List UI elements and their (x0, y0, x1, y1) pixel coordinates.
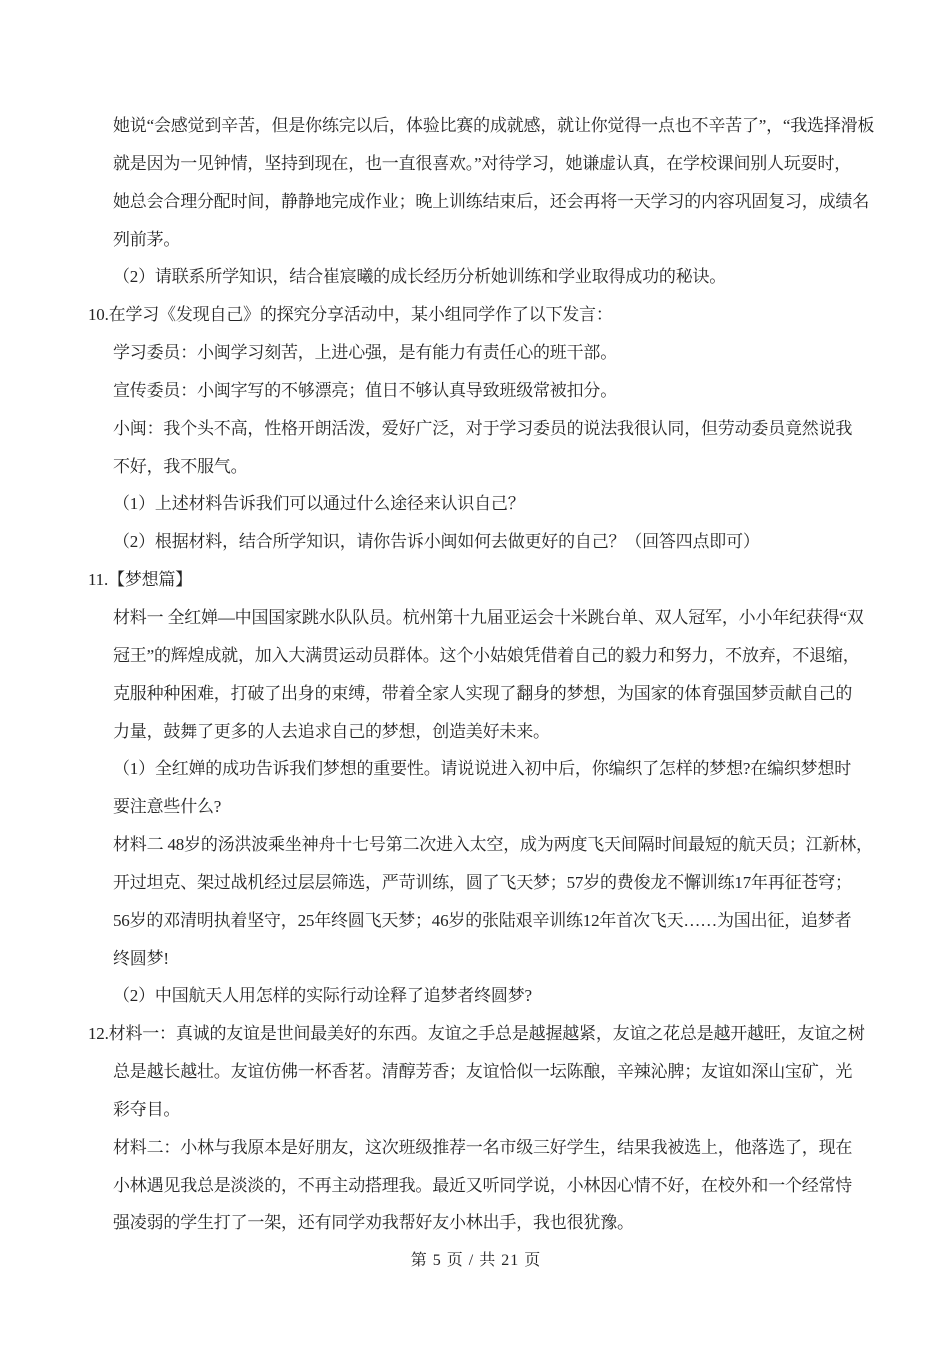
question-11-part-1: （1）全红婵的成功告诉我们梦想的重要性。请说说进入初中后，你编织了怎样的梦想?在… (88, 750, 878, 826)
text-line: 力量，鼓舞了更多的人去追求自己的梦想，创造美好未来。 (113, 713, 878, 751)
text-line: 不好，我不服气。 (113, 448, 878, 486)
text-line: 她说“会感觉到辛苦，但是你练完以后，体验比赛的成就感，就让你觉得一点也不辛苦了”… (113, 107, 878, 145)
question-line: （2）根据材料，结合所学知识，请你告诉小闽如何去做更好的自己？（回答四点即可） (113, 523, 878, 561)
question-11-heading: 11.【梦想篇】 (88, 561, 878, 599)
question-line: （2）请联系所学知识，结合崔宸曦的成长经历分析她训练和学业取得成功的秘诀。 (113, 258, 878, 296)
question-10-publicity-committee-remark: 宣传委员：小闽字写的不够漂亮；值日不够认真导致班级常被扣分。 (88, 372, 878, 410)
question-10-intro: 10.在学习《发现自己》的探究分享活动中，某小组同学作了以下发言： (88, 296, 878, 334)
question-10-part-1: （1）上述材料告诉我们可以通过什么途径来认识自己？ (88, 485, 878, 523)
text-line: 总是越长越壮。友谊仿佛一杯香茗。清醇芳香；友谊恰似一坛陈酿，辛辣沁脾；友谊如深山… (113, 1053, 878, 1091)
text-line: 就是因为一见钟情，坚持到现在，也一直很喜欢。”对待学习，她谦虚认真，在学校课间别… (113, 145, 878, 183)
question-11-part-2: （2）中国航天人用怎样的实际行动诠释了追梦者终圆梦? (88, 977, 878, 1015)
text-line: 材料二 48岁的汤洪波乘坐神舟十七号第二次进入太空，成为两度飞天间隔时间最短的航… (113, 826, 878, 864)
text-line: 开过坦克、架过战机经过层层筛选，严苛训练，圆了飞天梦；57岁的费俊龙不懈训练17… (113, 864, 878, 902)
question-9-part-2: （2）请联系所学知识，结合崔宸曦的成长经历分析她训练和学业取得成功的秘诀。 (88, 258, 878, 296)
text-line: 强凌弱的学生打了一架，还有同学劝我帮好友小林出手，我也很犹豫。 (113, 1204, 878, 1242)
question-9-passage-tail: 她说“会感觉到辛苦，但是你练完以后，体验比赛的成就感，就让你觉得一点也不辛苦了”… (88, 107, 878, 258)
page-number-label: 第 5 页 / 共 21 页 (411, 1252, 541, 1269)
question-10-xiaomin-remark: 小闽：我个头不高，性格开朗活泼，爱好广泛，对于学习委员的说法我很认同，但劳动委员… (88, 410, 878, 486)
question-12-material-1: 12.材料一：真诚的友谊是世间最美好的东西。友谊之手总是越握越紧，友谊之花总是越… (88, 1015, 878, 1129)
text-line: 小林遇见我总是淡淡的，不再主动搭理我。最近又听同学说，小林因心情不好，在校外和一… (113, 1167, 878, 1205)
numbered-item-line: 11.【梦想篇】 (88, 561, 878, 599)
text-line: 小闽：我个头不高，性格开朗活泼，爱好广泛，对于学习委员的说法我很认同，但劳动委员… (113, 410, 878, 448)
question-line: （2）中国航天人用怎样的实际行动诠释了追梦者终圆梦? (113, 977, 878, 1015)
question-line: 要注意些什么? (113, 788, 878, 826)
text-line: 材料一 全红婵—中国国家跳水队队员。杭州第十九届亚运会十米跳台单、双人冠军，小小… (113, 599, 878, 637)
question-12-material-2: 材料二：小林与我原本是好朋友，这次班级推荐一名市级三好学生，结果我被选上，他落选… (88, 1129, 878, 1243)
question-line: （1）上述材料告诉我们可以通过什么途径来认识自己？ (113, 485, 878, 523)
text-line: 彩夺目。 (113, 1091, 878, 1129)
page-footer: 第 5 页 / 共 21 页 (0, 1242, 878, 1280)
question-11-material-1: 材料一 全红婵—中国国家跳水队队员。杭州第十九届亚运会十米跳台单、双人冠军，小小… (88, 599, 878, 750)
text-line: 克服种种困难，打破了出身的束缚，带着全家人实现了翻身的梦想，为国家的体育强国梦贡… (113, 675, 878, 713)
text-line: 冠王”的辉煌成就，加入大满贯运动员群体。这个小姑娘凭借着自己的毅力和努力，不放弃… (113, 637, 878, 675)
text-line: 宣传委员：小闽字写的不够漂亮；值日不够认真导致班级常被扣分。 (113, 372, 878, 410)
question-line: （1）全红婵的成功告诉我们梦想的重要性。请说说进入初中后，你编织了怎样的梦想?在… (113, 750, 878, 788)
text-line: 56岁的邓清明执着坚守，25年终圆飞天梦；46岁的张陆艰辛训练12年首次飞天……… (113, 902, 878, 940)
question-10-part-2: （2）根据材料，结合所学知识，请你告诉小闽如何去做更好的自己？（回答四点即可） (88, 523, 878, 561)
exam-document-page: 她说“会感觉到辛苦，但是你练完以后，体验比赛的成就感，就让你觉得一点也不辛苦了”… (0, 0, 952, 1280)
question-10-study-committee-remark: 学习委员：小闽学习刻苦，上进心强，是有能力有责任心的班干部。 (88, 334, 878, 372)
question-11-material-2: 材料二 48岁的汤洪波乘坐神舟十七号第二次进入太空，成为两度飞天间隔时间最短的航… (88, 826, 878, 977)
numbered-item-line: 10.在学习《发现自己》的探究分享活动中，某小组同学作了以下发言： (88, 296, 878, 334)
text-line: 材料二：小林与我原本是好朋友，这次班级推荐一名市级三好学生，结果我被选上，他落选… (113, 1129, 878, 1167)
numbered-item-line: 12.材料一：真诚的友谊是世间最美好的东西。友谊之手总是越握越紧，友谊之花总是越… (88, 1015, 878, 1053)
text-line: 列前茅。 (113, 221, 878, 259)
text-line: 终圆梦! (113, 940, 878, 978)
text-line: 她总会合理分配时间，静静地完成作业；晚上训练结束后，还会再将一天学习的内容巩固复… (113, 183, 878, 221)
text-line: 学习委员：小闽学习刻苦，上进心强，是有能力有责任心的班干部。 (113, 334, 878, 372)
